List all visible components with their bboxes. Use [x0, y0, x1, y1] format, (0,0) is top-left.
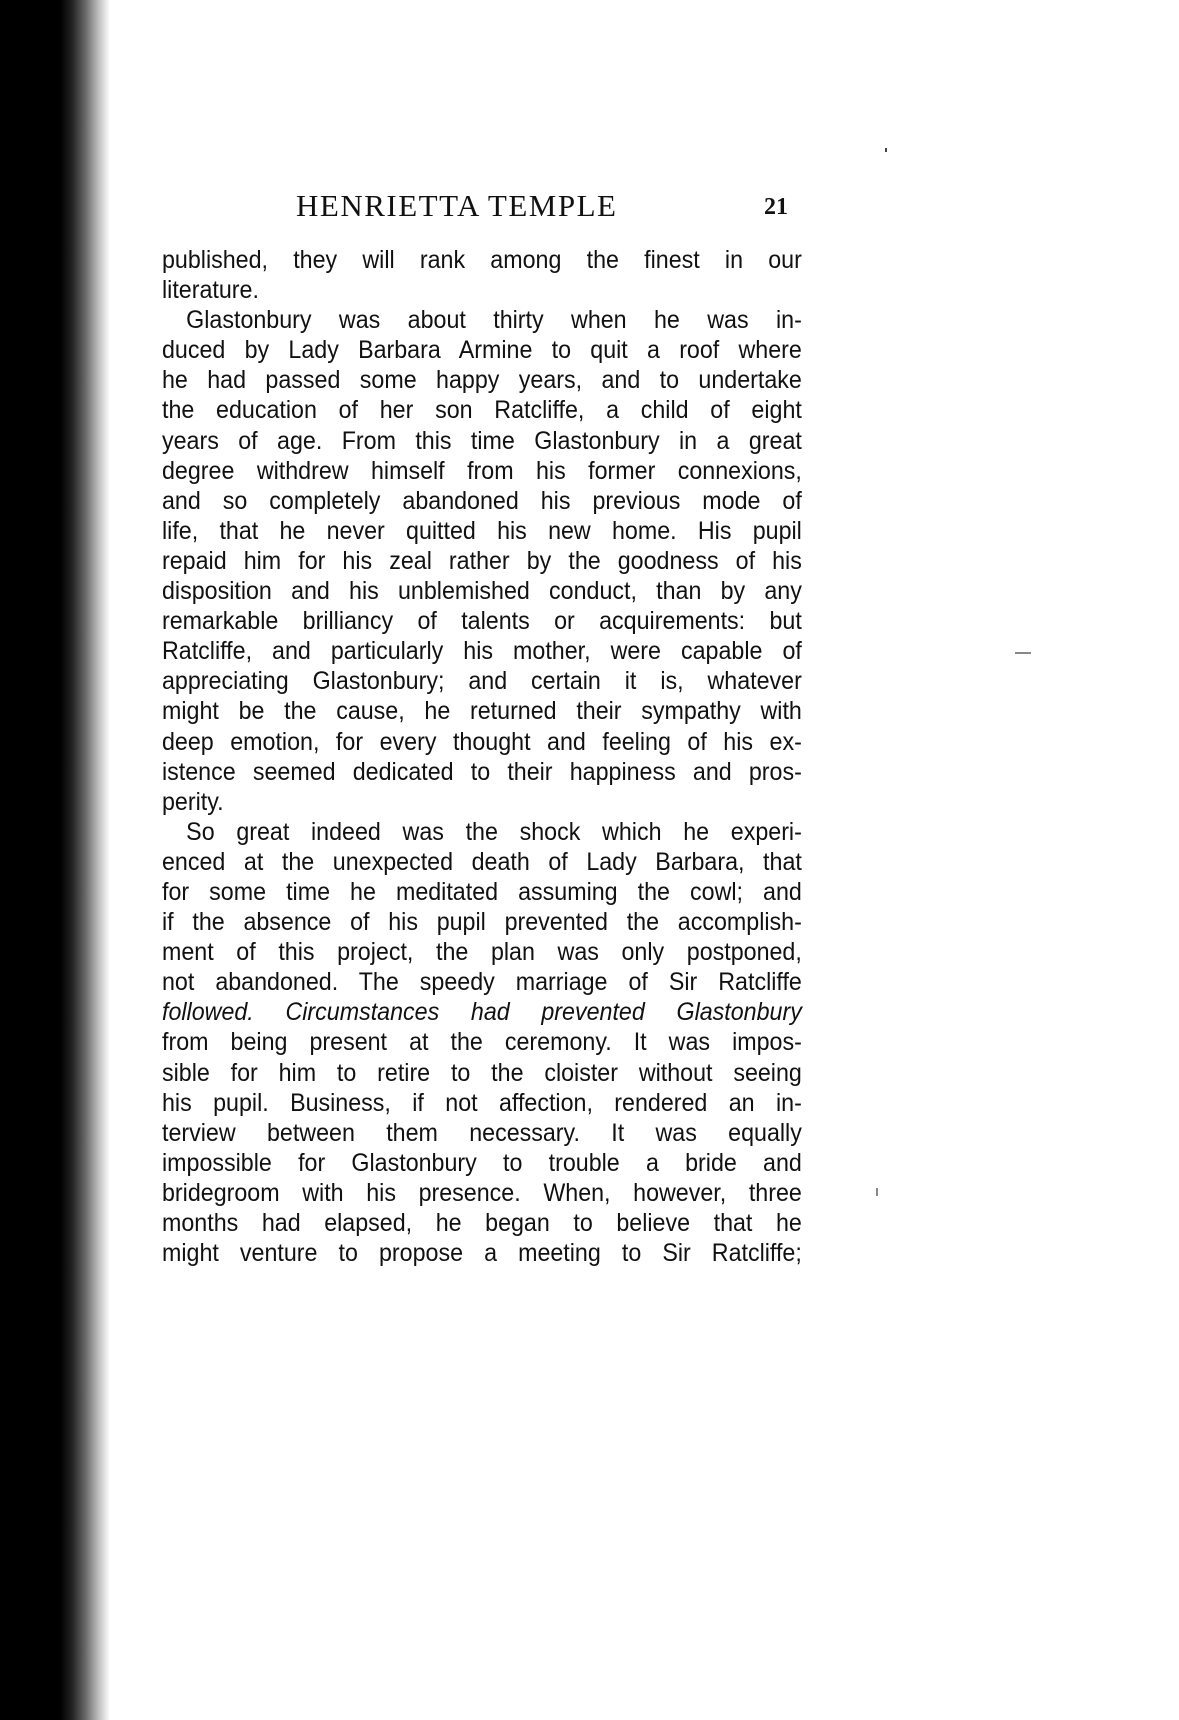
- text-line: his pupil. Business, if not affection, r…: [162, 1088, 802, 1118]
- text-line: life, that he never quitted his new home…: [162, 516, 802, 546]
- text-line: months had elapsed, he began to believe …: [162, 1208, 802, 1238]
- scan-speck: [876, 1188, 878, 1196]
- text-line: the education of her son Ratcliffe, a ch…: [162, 395, 802, 425]
- text-line: not abandoned. The speedy marriage of Si…: [162, 967, 802, 997]
- text-line: Ratcliffe, and particularly his mother, …: [162, 636, 802, 666]
- text-line: bridegroom with his presence. When, howe…: [162, 1178, 802, 1208]
- body-text: published, they will rank among the fine…: [162, 245, 802, 1268]
- scan-speck: [885, 148, 887, 152]
- text-line: from being present at the ceremony. It w…: [162, 1027, 802, 1057]
- text-line: ment of this project, the plan was only …: [162, 937, 802, 967]
- book-binding-shadow: [0, 0, 110, 1720]
- text-line: and so completely abandoned his previous…: [162, 486, 802, 516]
- text-line: followed. Circumstances had prevented Gl…: [162, 997, 802, 1027]
- text-line: duced by Lady Barbara Armine to quit a r…: [162, 335, 802, 365]
- text-line: degree withdrew himself from his former …: [162, 456, 802, 486]
- text-line: appreciating Glastonbury; and certain it…: [162, 666, 802, 696]
- text-line: deep emotion, for every thought and feel…: [162, 727, 802, 757]
- text-line: sible for him to retire to the cloister …: [162, 1058, 802, 1088]
- text-line: might venture to propose a meeting to Si…: [162, 1238, 802, 1268]
- text-line: disposition and his unblemished conduct,…: [162, 576, 802, 606]
- text-line: might be the cause, he returned their sy…: [162, 696, 802, 726]
- text-line: enced at the unexpected death of Lady Ba…: [162, 847, 802, 877]
- text-line: remarkable brilliancy of talents or acqu…: [162, 606, 802, 636]
- text-line: perity.: [162, 787, 802, 817]
- text-line: So great indeed was the shock which he e…: [162, 817, 802, 847]
- text-line: repaid him for his zeal rather by the go…: [162, 546, 802, 576]
- text-line: literature.: [162, 275, 802, 305]
- text-line: for some time he meditated assuming the …: [162, 877, 802, 907]
- text-line: istence seemed dedicated to their happin…: [162, 757, 802, 787]
- text-line: impossible for Glastonbury to trouble a …: [162, 1148, 802, 1178]
- page-number: 21: [764, 194, 788, 221]
- text-line: if the absence of his pupil prevented th…: [162, 907, 802, 937]
- text-line: he had passed some happy years, and to u…: [162, 365, 802, 395]
- scan-speck: [1015, 652, 1031, 654]
- running-header: HENRIETTA TEMPLE: [296, 188, 617, 224]
- text-line: terview between them necessary. It was e…: [162, 1118, 802, 1148]
- text-line: published, they will rank among the fine…: [162, 245, 802, 275]
- text-line: Glastonbury was about thirty when he was…: [162, 305, 802, 335]
- text-line: years of age. From this time Glastonbury…: [162, 426, 802, 456]
